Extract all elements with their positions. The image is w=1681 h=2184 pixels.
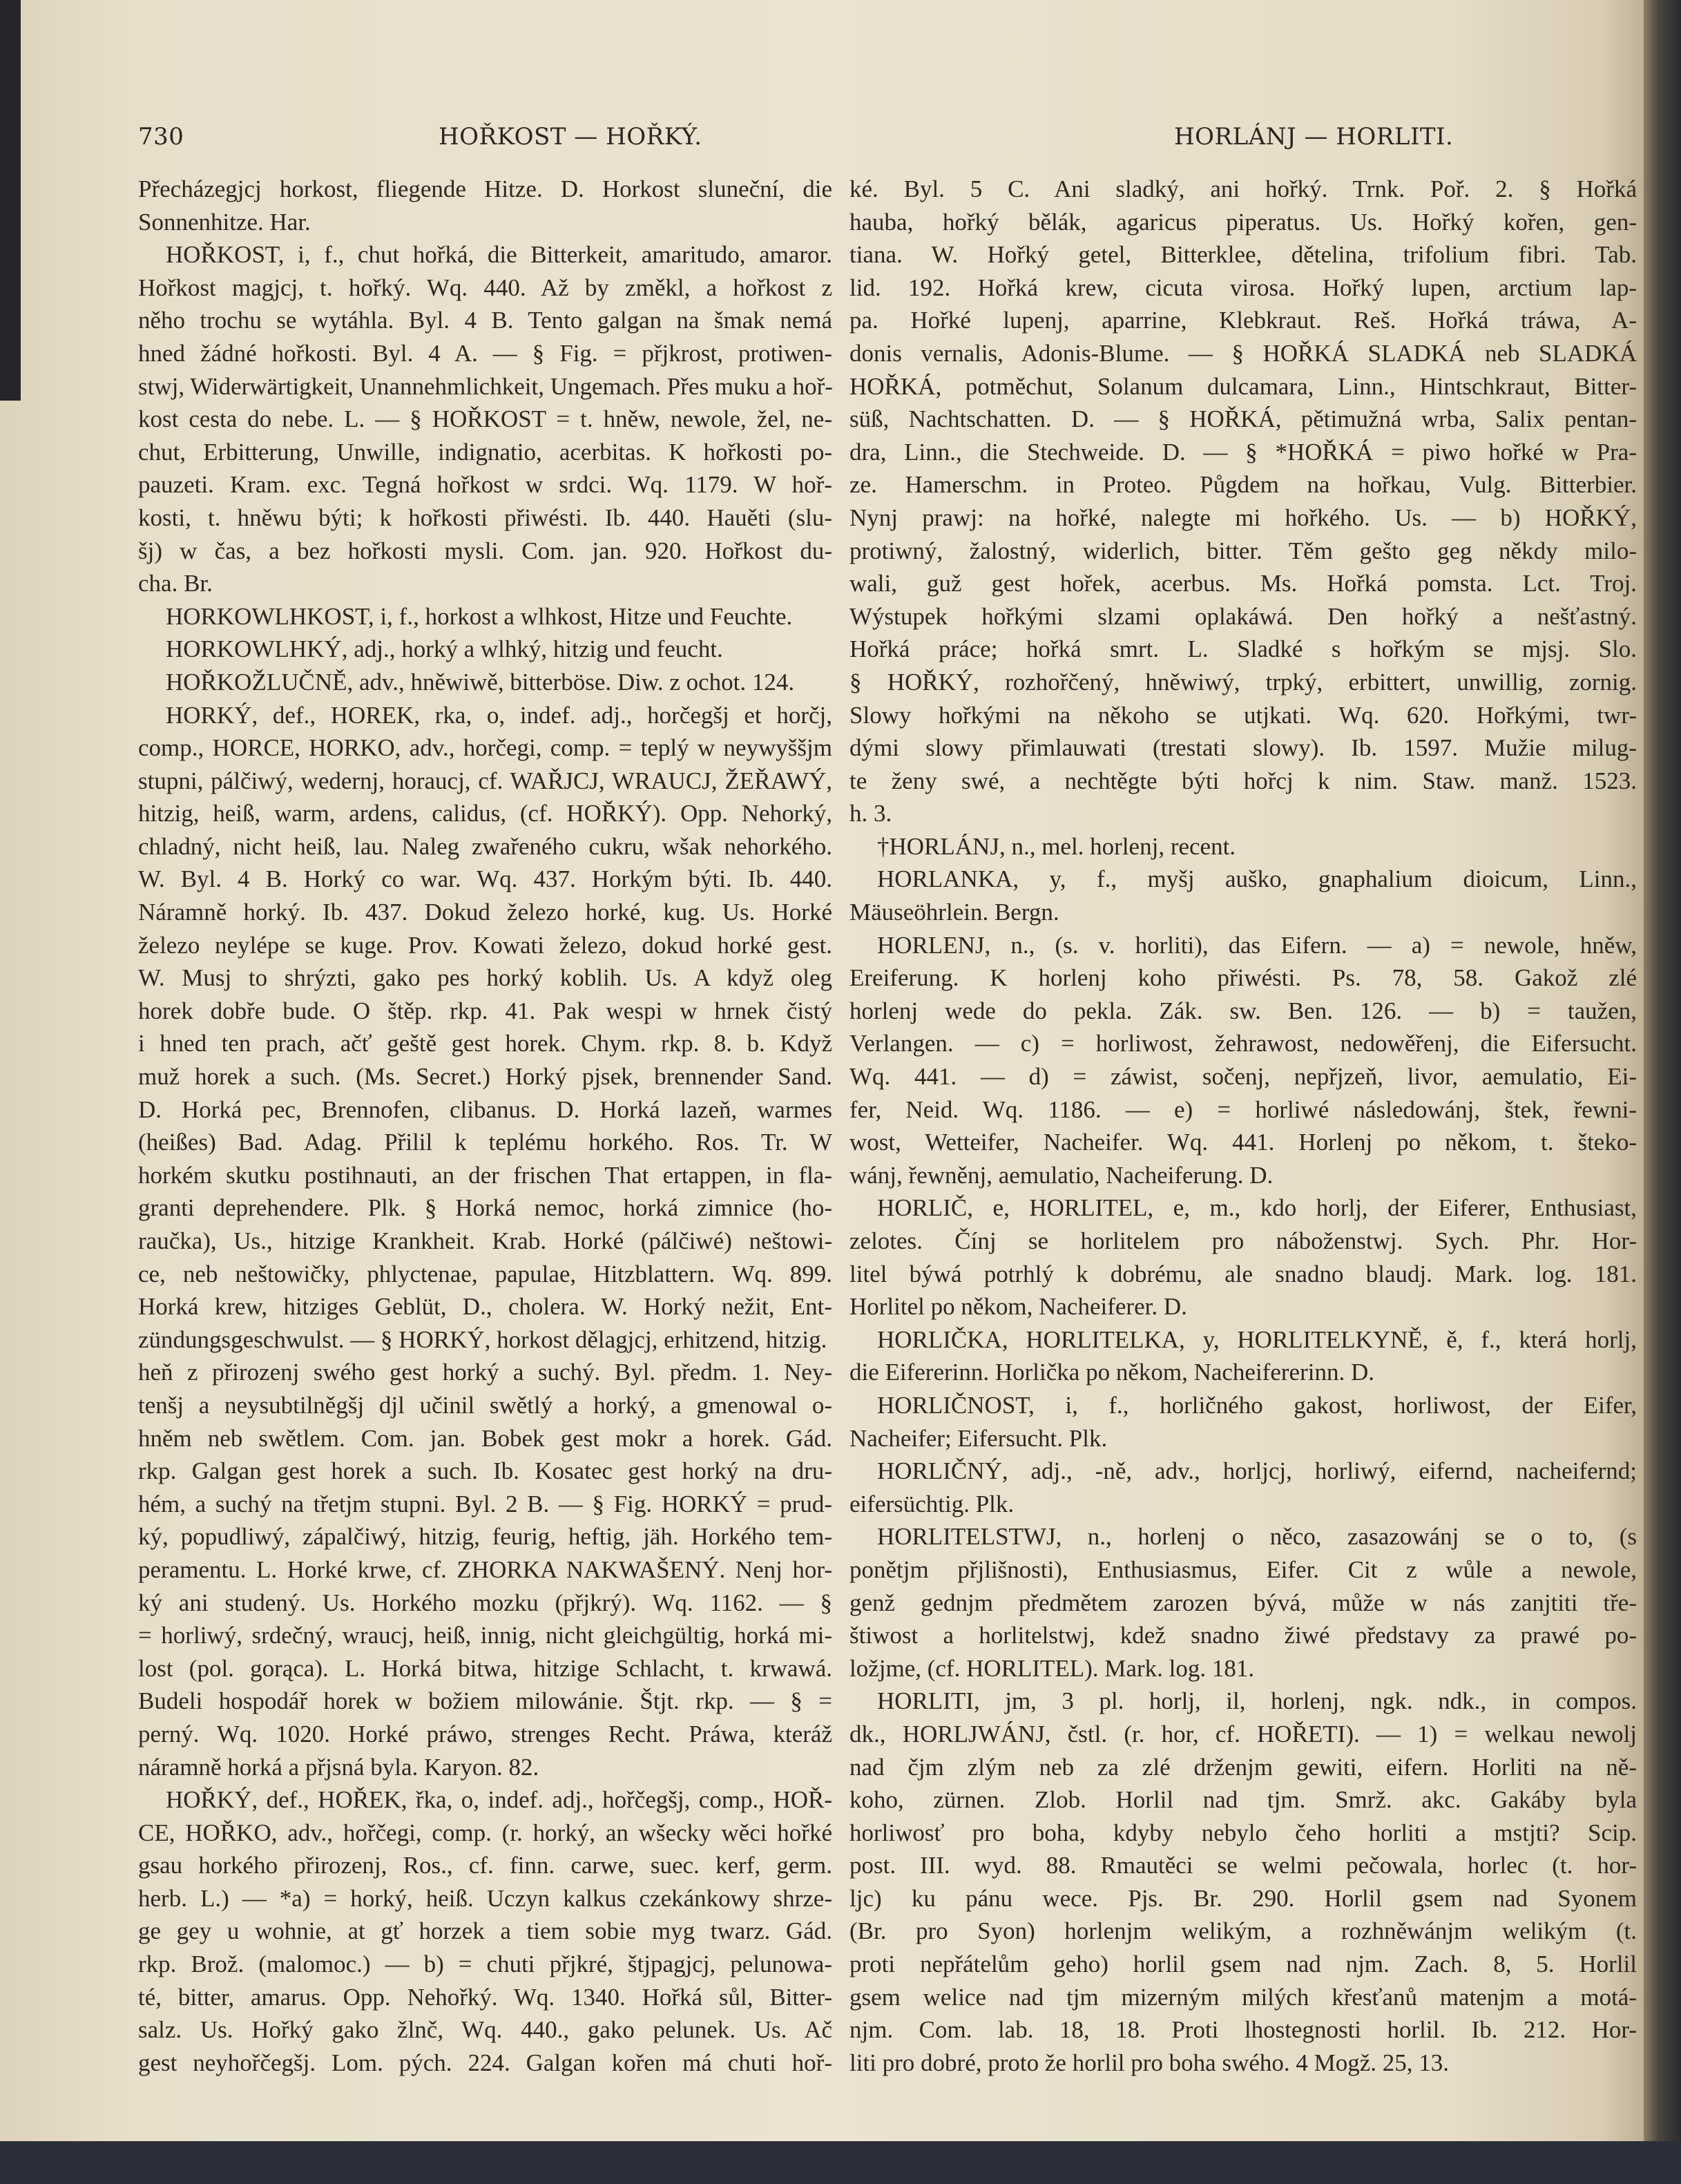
text-line: muž horek a such. (Ms. Secret.) Horký pj… [138, 1060, 832, 1093]
text-line: ljc) ku pánu wece. Pjs. Br. 290. Horlil … [849, 1882, 1637, 1915]
text-line: dými slowy přimlauwati (trestati slowy).… [849, 731, 1637, 765]
text-line: süß, Nachtschatten. D. — § HOŘKÁ, pětimu… [849, 403, 1637, 436]
text-line: post. III. wyd. 88. Rmautěci se welmi pe… [849, 1849, 1637, 1882]
text-line: pauzeti. Kram. exc. Tegná hořkost w srdc… [138, 468, 832, 501]
text-line: HORLIČNOST, i, f., horličného gakost, ho… [849, 1389, 1637, 1422]
text-line: (Br. pro Syon) horlenjm welikým, a rozhn… [849, 1915, 1637, 1948]
text-line: železo neylépe se kuge. Prov. Kowati žel… [138, 929, 832, 962]
text-line: stupni, pálčiwý, wedernj, horaucj, cf. W… [138, 765, 832, 798]
text-line: § HOŘKÝ, rozhořčený, hněwiwý, trpký, erb… [849, 666, 1637, 699]
text-line: †HORLÁNJ, n., mel. horlenj, recent. [849, 830, 1637, 863]
text-line: ce, neb neštowičky, phlyctenae, papulae,… [138, 1258, 832, 1291]
text-line: Budeli hospodář horek w božiem milowánie… [138, 1685, 832, 1718]
text-line: HORLANKA, y, f., myšj auško, gnaphalium … [849, 863, 1637, 896]
text-line: (heißes) Bad. Adag. Přilil k teplému hor… [138, 1126, 832, 1159]
text-line: HORLITI, jm, 3 pl. horlj, il, horlenj, n… [849, 1685, 1637, 1718]
text-line: herb. L.) — *a) = horký, heiß. Uczyn kal… [138, 1882, 832, 1915]
text-line: HORLENJ, n., (s. v. horliti), das Eifern… [849, 929, 1637, 962]
text-line: litel býwá potrhlý k dobrému, ale snadno… [849, 1258, 1637, 1291]
text-line: = horliwý, srdečný, wraucj, heiß, innig,… [138, 1619, 832, 1652]
text-line: HOŘKOŽLUČNĚ, adv., hněwiwě, bitterböse. … [138, 666, 832, 699]
text-line: ge gey u wohnie, at gť horzek a tiem sob… [138, 1915, 832, 1948]
text-line: liti pro dobré, proto že horlil pro boha… [849, 2047, 1637, 2080]
text-line: eifersüchtig. Plk. [849, 1488, 1637, 1521]
text-line: hitzig, heiß, warm, ardens, calidus, (cf… [138, 797, 832, 830]
scan-background-bottom [0, 2141, 1681, 2184]
text-line: horliwosť pro boha, kdyby nebylo čeho ho… [849, 1817, 1637, 1850]
text-line: HORKOWLHKÝ, adj., horký a wlhký, hitzig … [138, 633, 832, 666]
text-line: te ženy swé, a nechtěgte býti hořcj k ni… [849, 765, 1637, 798]
text-line: rkp. Brož. (malomoc.) — b) = chuti přjkr… [138, 1948, 832, 1981]
text-line: kost cesta do nebe. L. — § HOŘKOST = t. … [138, 403, 832, 436]
text-line: Ereiferung. K horlenj koho přiwésti. Ps.… [849, 961, 1637, 995]
text-line: tiana. W. Hořký getel, Bitterklee, dětel… [849, 238, 1637, 271]
text-line: gsem welice nad tjm mizerným milých křes… [849, 1981, 1637, 2014]
text-line: wali, guž gest hořek, acerbus. Ms. Hořká… [849, 567, 1637, 600]
text-line: Wq. 441. — d) = záwist, sočenj, nepřjzeň… [849, 1060, 1637, 1093]
text-line: zündungsgeschwulst. — § HORKÝ, horkost d… [138, 1323, 832, 1357]
text-line: i hned ten prach, ačť geště gest horek. … [138, 1027, 832, 1060]
text-line: ponětjm přjlišnosti), Enthusiasmus, Eife… [849, 1553, 1637, 1587]
text-line: Nacheifer; Eifersucht. Plk. [849, 1422, 1637, 1455]
text-line: pa. Hořké lupenj, aparrine, Klebkraut. R… [849, 304, 1637, 337]
book-spine-edge [1644, 0, 1681, 2184]
text-line: HORLIČ, e, HORLITEL, e, m., kdo horlj, d… [849, 1191, 1637, 1225]
text-line: tenšj a neysubtilněgšj djl učinil swětlý… [138, 1389, 832, 1422]
text-line: W. Byl. 4 B. Horký co war. Wq. 437. Hork… [138, 863, 832, 896]
text-line: donis vernalis, Adonis-Blume. — § HOŘKÁ … [849, 337, 1637, 370]
text-line: Wýstupek hořkými slzami oplakáwá. Den ho… [849, 600, 1637, 633]
text-line: die Eifererinn. Horlička po někom, Nache… [849, 1356, 1637, 1389]
text-line: proti nepřátelům geho) horlil gsem nad n… [849, 1948, 1637, 1981]
text-line: perný. Wq. 1020. Horké práwo, strenges R… [138, 1718, 832, 1751]
text-line: genž gednjm předmětem zarozen bývá, může… [849, 1587, 1637, 1620]
text-line: D. Horká pec, Brennofen, clibanus. D. Ho… [138, 1093, 832, 1127]
text-line: protiwný, žalostný, widerlich, bitter. T… [849, 535, 1637, 568]
text-line: wost, Wetteifer, Nacheifer. Wq. 441. Hor… [849, 1126, 1637, 1159]
text-line: Nynj prawj: na hořké, nalegte mi hořkého… [849, 501, 1637, 535]
text-line: té, bitter, amarus. Opp. Nehořký. Wq. 13… [138, 1981, 832, 2014]
text-line: ký ani studený. Us. Horkého mozku (přjkr… [138, 1587, 832, 1620]
text-line: lost (pol. gorąca). L. Horká bitwa, hitz… [138, 1652, 832, 1685]
running-head-left: HOŘKOST — HOŘKÝ. [439, 123, 702, 151]
text-line: HORLIČNÝ, adj., -ně, adv., horljcj, horl… [849, 1455, 1637, 1488]
text-line: stwj, Widerwärtigkeit, Unannehmlichkeit,… [138, 370, 832, 403]
text-line: horkém skutku postihnauti, an der frisch… [138, 1159, 832, 1192]
text-line: raučka), Us., hitzige Krankheit. Krab. H… [138, 1225, 832, 1258]
text-line: koho, zürnen. Zlob. Horlil nad tjm. Smrž… [849, 1783, 1637, 1817]
text-line: hned žádné hořkosti. Byl. 4 A. — § Fig. … [138, 337, 832, 370]
text-line: wánj, řewněnj, aemulatio, Nacheiferung. … [849, 1159, 1637, 1192]
text-line: granti deprehendere. Plk. § Horká nemoc,… [138, 1191, 832, 1225]
text-line: cha. Br. [138, 567, 832, 600]
text-line: comp., HORCE, HORKO, adv., horčegi, comp… [138, 731, 832, 765]
scan-background-left [0, 0, 21, 401]
text-line: Hořkost magjcj, t. hořký. Wq. 440. Až by… [138, 271, 832, 305]
text-line: Slowy hořkými na někoho se utjkati. Wq. … [849, 699, 1637, 732]
text-line: nad čjm zlým neb za zlé drženjm gewiti, … [849, 1751, 1637, 1784]
text-line: Přecházegjcj horkost, fliegende Hitze. D… [138, 173, 832, 206]
text-line: horek dobře bude. O štěp. rkp. 41. Pak w… [138, 995, 832, 1028]
text-line: dk., HORLJWÁNJ, čstl. (r. hor, cf. HOŘET… [849, 1718, 1637, 1751]
text-line: šj) w čas, a bez hořkosti mysli. Com. ja… [138, 535, 832, 568]
text-line: HOŘKOST, i, f., chut hořká, die Bitterke… [138, 238, 832, 271]
text-line: gsau horkého přirozenj, Ros., cf. finn. … [138, 1849, 832, 1882]
text-line: njm. Com. lab. 18, 18. Proti lhostegnost… [849, 2013, 1637, 2047]
text-line: zelotes. Čínj se horlitelem pro nábožens… [849, 1225, 1637, 1258]
text-line: Horlitel po někom, Nacheiferer. D. [849, 1290, 1637, 1323]
text-line: W. Musj to shrýzti, gako pes horký kobli… [138, 961, 832, 995]
text-line: Horká krew, hitziges Geblüt, D., cholera… [138, 1290, 832, 1323]
text-line: ze. Hamerschm. in Proteo. Půgdem na hořk… [849, 468, 1637, 501]
text-line: Hořká práce; hořká smrt. L. Sladké s hoř… [849, 633, 1637, 666]
running-head-right: HORLÁNJ — HORLITI. [1174, 123, 1453, 151]
text-line: horlenj wede do pekla. Zák. sw. Ben. 126… [849, 995, 1637, 1028]
text-line: gest neyhořčegšj. Lom. pých. 224. Galgan… [138, 2047, 832, 2080]
text-line: lid. 192. Hořká krew, cicuta virosa. Hoř… [849, 271, 1637, 305]
text-line: HORKÝ, def., HOREK, rka, o, indef. adj.,… [138, 699, 832, 732]
text-line: ké. Byl. 5 C. Ani sladký, ani hořký. Trn… [849, 173, 1637, 206]
left-column: Přecházegjcj horkost, fliegende Hitze. D… [138, 173, 832, 2079]
text-line: HORKOWLHKOST, i, f., horkost a wlhkost, … [138, 600, 832, 633]
text-line: rkp. Galgan gest horek a such. Ib. Kosat… [138, 1455, 832, 1488]
text-line: štiwost a horlitelstwj, kdež snadno žiwé… [849, 1619, 1637, 1652]
text-line: fer, Neid. Wq. 1186. — e) = horliwé násl… [849, 1093, 1637, 1127]
text-line: HOŘKÝ, def., HOŘEK, řka, o, indef. adj.,… [138, 1783, 832, 1817]
text-line: CE, HOŘKO, adv., hořčegi, comp. (r. hork… [138, 1817, 832, 1850]
text-line: něho trochu se wytáhla. Byl. 4 B. Tento … [138, 304, 832, 337]
text-line: hauba, hořký bělák, agaricus piperatus. … [849, 206, 1637, 239]
text-line: Náramně horký. Ib. 437. Dokud železo hor… [138, 896, 832, 929]
text-line: HORLITELSTWJ, n., horlenj o něco, zasazo… [849, 1520, 1637, 1553]
text-line: salz. Us. Hořký gako žlnč, Wq. 440., gak… [138, 2013, 832, 2047]
text-line: náramně horká a přjsná byla. Karyon. 82. [138, 1751, 832, 1784]
text-line: h. 3. [849, 797, 1637, 830]
text-line: heň z přirozenj swého gest horký a suchý… [138, 1356, 832, 1389]
text-line: Sonnenhitze. Har. [138, 206, 832, 239]
text-line: Verlangen. — c) = horliwost, žehrawost, … [849, 1027, 1637, 1060]
text-line: ký, popudliwý, zápalčiwý, hitzig, feurig… [138, 1520, 832, 1553]
right-column: ké. Byl. 5 C. Ani sladký, ani hořký. Trn… [849, 173, 1637, 2079]
text-line: peramentu. L. Horké krwe, cf. ZHORKA NAK… [138, 1553, 832, 1587]
text-line: hněm neb swětlem. Com. jan. Bobek gest m… [138, 1422, 832, 1455]
text-line: HORLIČKA, HORLITELKA, y, HORLITELKYNĚ, ě… [849, 1323, 1637, 1357]
text-line: Mäuseöhrlein. Bergn. [849, 896, 1637, 929]
text-line: hém, a suchý na třetjm stupni. Byl. 2 B.… [138, 1488, 832, 1521]
page-number: 730 [138, 123, 184, 151]
text-line: chut, Erbitterung, Unwille, indignatio, … [138, 436, 832, 469]
text-line: HOŘKÁ, potměchut, Solanum dulcamara, Lin… [849, 370, 1637, 403]
text-line: kosti, t. hněwu býti; k hořkosti přiwést… [138, 501, 832, 535]
text-line: dra, Linn., die Stechweide. D. — § *HOŘK… [849, 436, 1637, 469]
text-line: chladný, nicht heiß, lau. Naleg zwařenéh… [138, 830, 832, 863]
text-line: ložjme, (cf. HORLITEL). Mark. log. 181. [849, 1652, 1637, 1685]
